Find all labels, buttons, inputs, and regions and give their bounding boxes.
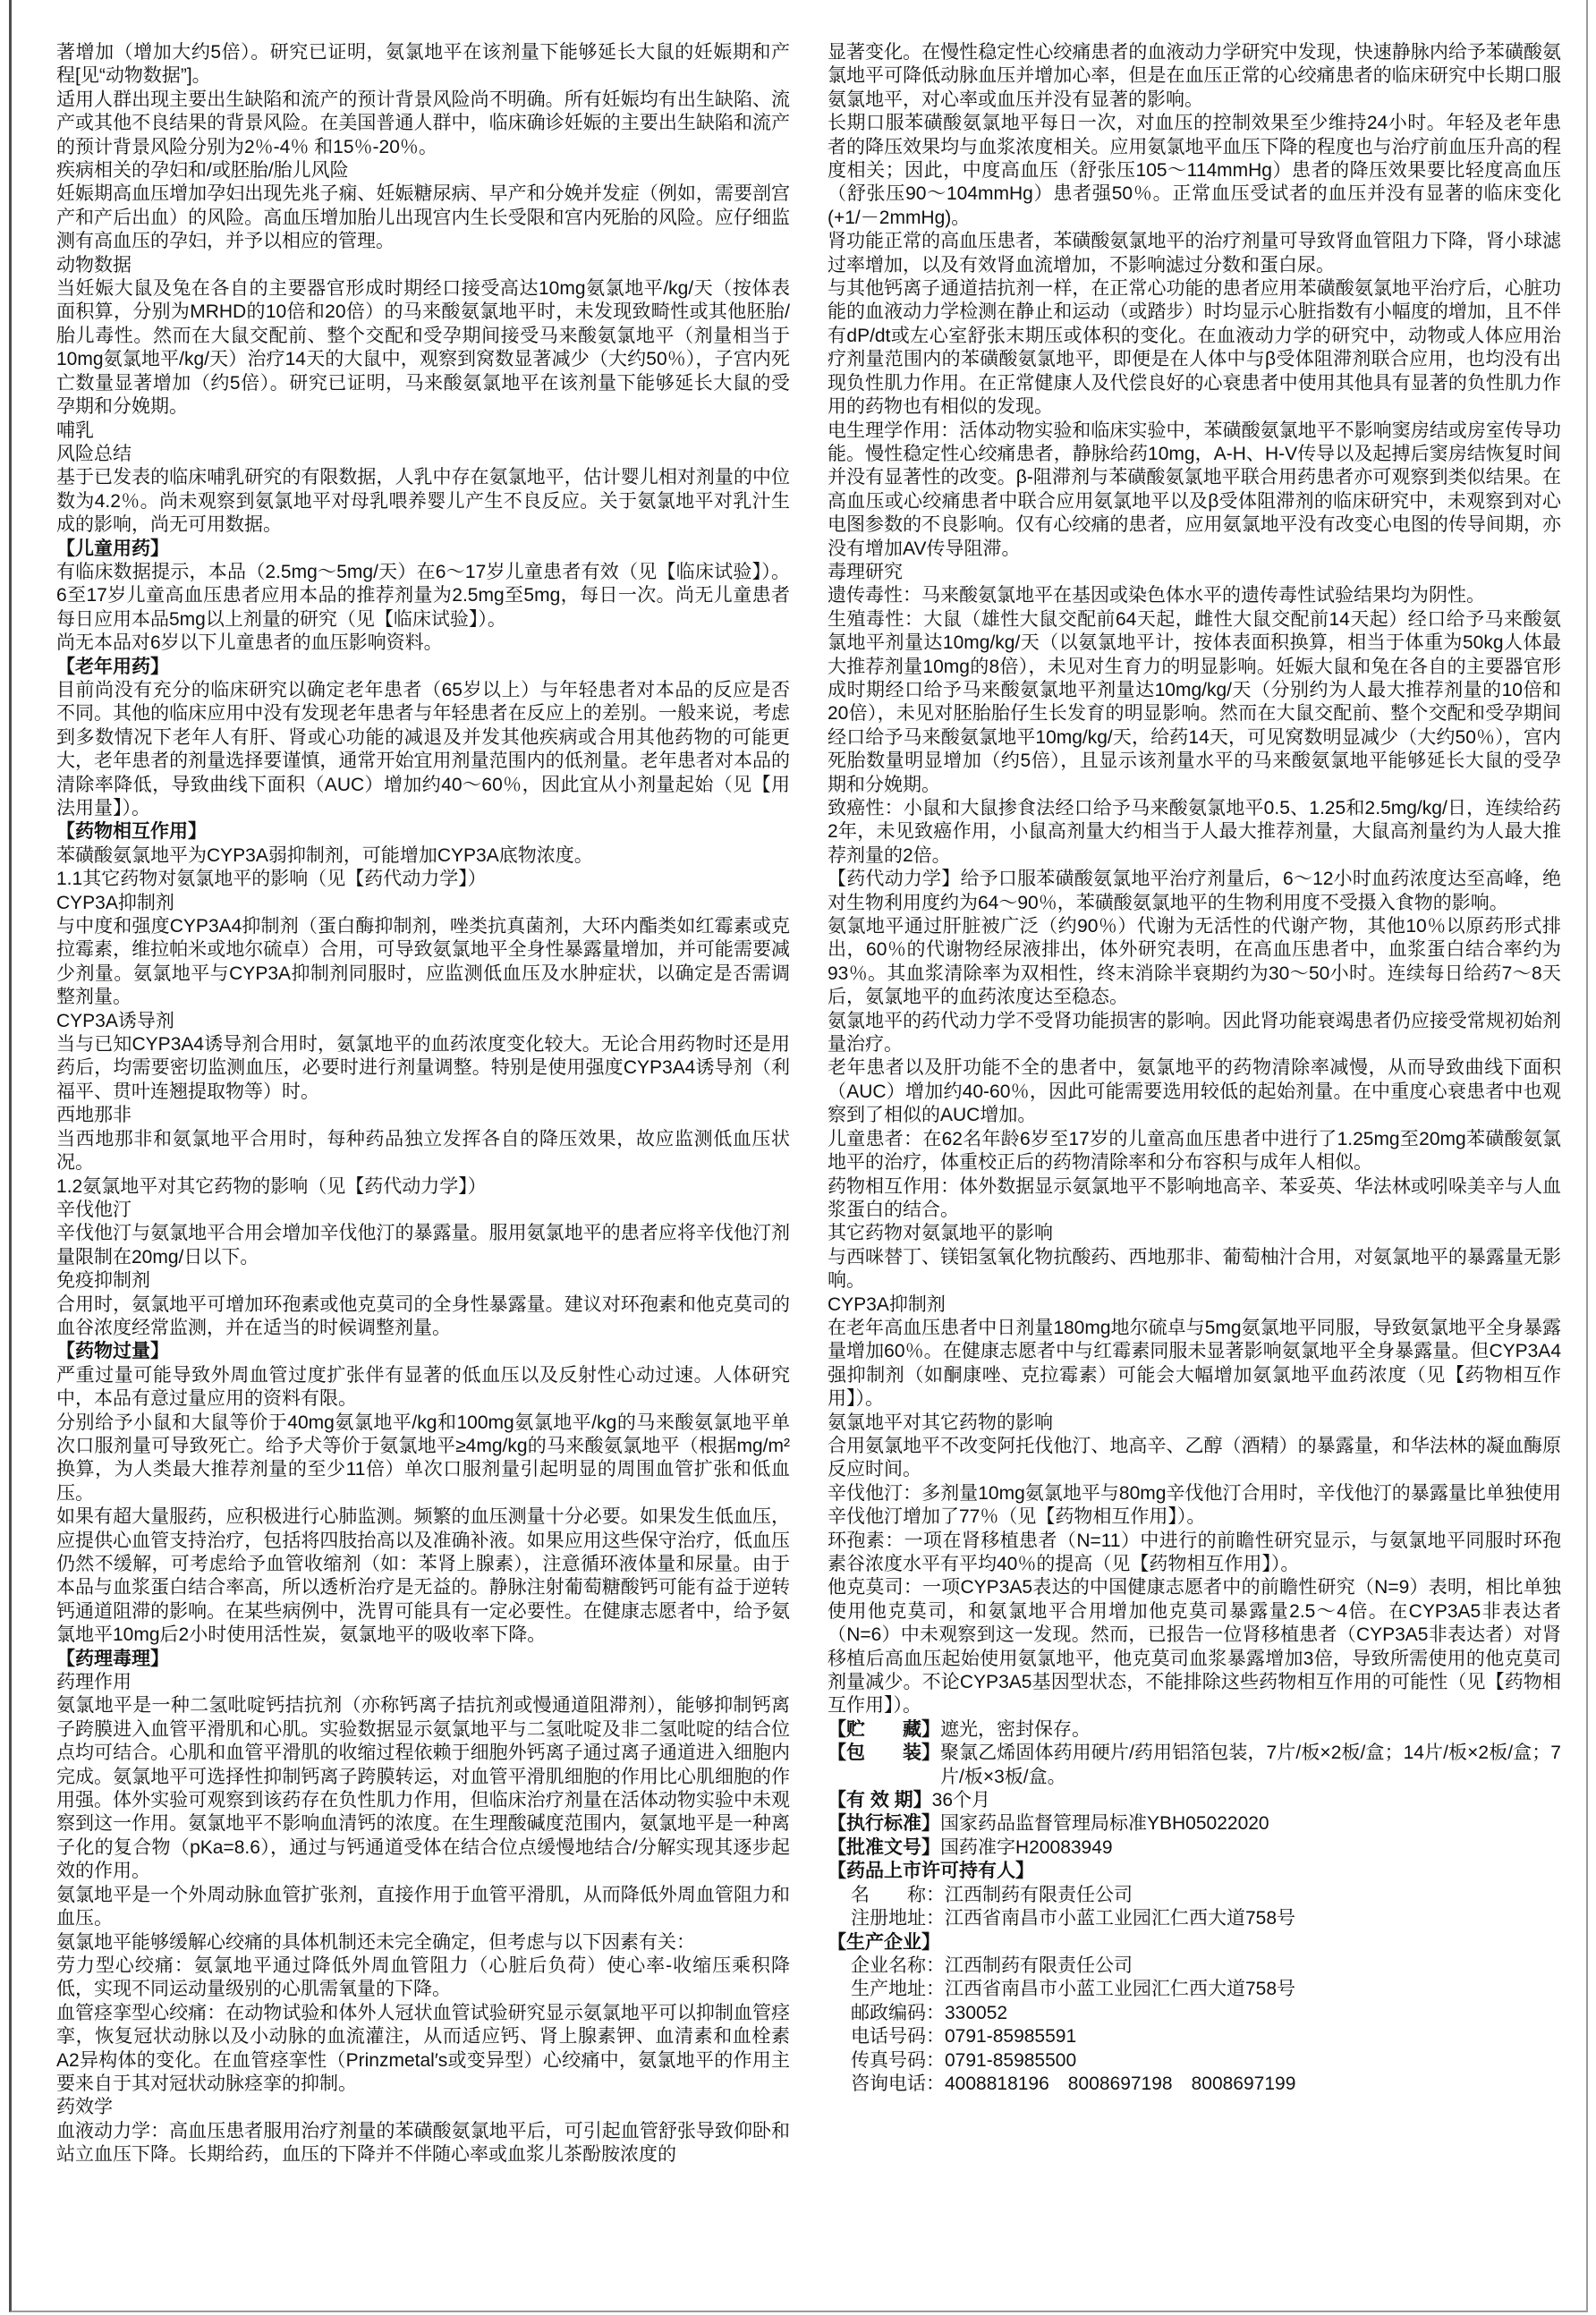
field-label: 名 称： — [851, 1884, 945, 1907]
paragraph: 尚无本品对6岁以下儿童患者的血压影响资料。 — [56, 632, 790, 655]
paragraph: 辛伐他汀与氨氯地平合用会增加辛伐他汀的暴露量。服用氨氯地平的患者应将辛伐他汀剂量… — [56, 1222, 790, 1269]
field-value: 江西制药有限责任公司 — [945, 1884, 1561, 1907]
paragraph: 与西咪替丁、镁铝氢氧化物抗酸药、西地那非、葡萄柚汁合用，对氨氯地平的暴露量无影响… — [828, 1246, 1561, 1293]
field-label: 生产地址： — [851, 1978, 945, 2001]
field-row: 【有 效 期】36个月 — [828, 1789, 1561, 1812]
paragraph: 与中度和强度CYP3A4抑制剂（蛋白酶抑制剂，唑类抗真菌剂，大环内酯类如红霉素或… — [56, 915, 790, 1010]
paragraph: 严重过量可能导致外周血管过度扩张伴有显著的低血压以及反射性心动过速。人体研究中，… — [56, 1364, 790, 1412]
sub-heading: 风险总结 — [56, 443, 790, 466]
field-value: 4008818196 8008697198 8008697199 — [945, 2073, 1561, 2096]
field-label: 【批准文号】 — [828, 1836, 940, 1860]
field-row-indented: 传真号码：0791-85985500 — [851, 2049, 1561, 2073]
paragraph: 在老年高血压患者中日剂量180mg地尔硫卓与5mg氨氯地平同服，导致氨氯地平全身… — [828, 1317, 1561, 1412]
field-row: 【执行标准】国家药品监督管理局标准YBH05022020 — [828, 1812, 1561, 1836]
paragraph: 氨氯地平能够缓解心绞痛的具体机制还未完全确定，但考虑与以下因素有关： — [56, 1931, 790, 1955]
field-row-indented: 电话号码：0791-85985591 — [851, 2025, 1561, 2048]
paragraph: 【药代动力学】给予口服苯磺酸氨氯地平治疗剂量后，6～12小时血药浓度达至高峰，绝… — [828, 868, 1561, 915]
section-heading: 【生产企业】 — [828, 1931, 1561, 1955]
field-row-indented: 名 称：江西制药有限责任公司 — [851, 1884, 1561, 1907]
field-row: 【包 装】聚氯乙烯固体药用硬片/药用铝箔包装，7片/板×2板/盒；14片/板×2… — [828, 1742, 1561, 1789]
sub-heading: 辛伐他汀 — [56, 1199, 790, 1222]
paragraph: 氨氯地平是一个外周动脉血管扩张剂，直接作用于血管平滑肌，从而降低外周血管阻力和血… — [56, 1884, 790, 1931]
paragraph: 血液动力学：高血压患者服用治疗剂量的苯磺酸氨氯地平后，可引起血管舒张导致仰卧和站… — [56, 2120, 790, 2167]
field-label: 邮政编码： — [851, 2002, 945, 2025]
field-label: 电话号码： — [851, 2025, 945, 2048]
paragraph: 有临床数据提示，本品（2.5mg～5mg/天）在6～17岁儿童患者有效（见【临床… — [56, 561, 790, 632]
sub-heading: CYP3A抑制剂 — [56, 892, 790, 915]
paragraph: 合用氨氯地平不改变阿托伐他汀、地高辛、乙醇（酒精）的暴露量，和华法林的凝血酶原反… — [828, 1435, 1561, 1482]
paragraph: 药物相互作用：体外数据显示氨氯地平不影响地高辛、苯妥英、华法林或吲哚美辛与人血浆… — [828, 1175, 1561, 1223]
paragraph: 当西地那非和氨氯地平合用时，每种药品独立发挥各自的降压效果，故应监测低血压状况。 — [56, 1128, 790, 1175]
sub-heading: 其它药物对氨氯地平的影响 — [828, 1222, 1561, 1245]
document-content: 著增加（增加大约5倍）。研究已证明，氨氯地平在该剂量下能够延长大鼠的妊娠期和产程… — [12, 0, 1586, 2167]
section-heading: 【老年用药】 — [56, 656, 790, 679]
sub-heading: 药效学 — [56, 2096, 790, 2119]
paragraph: 1.1其它药物对氨氯地平的影响（见【药代动力学】） — [56, 868, 790, 891]
sub-heading: 毒理研究 — [828, 561, 1561, 584]
paragraph: 苯磺酸氨氯地平为CYP3A弱抑制剂，可能增加CYP3A底物浓度。 — [56, 844, 790, 868]
paragraph: 辛伐他汀：多剂量10mg氨氯地平与80mg辛伐他汀合用时，辛伐他汀的暴露量比单独… — [828, 1482, 1561, 1530]
paragraph: 老年患者以及肝功能不全的患者中，氨氯地平的药物清除率减慢，从而导致曲线下面积（A… — [828, 1056, 1561, 1127]
paragraph: 1.2氨氯地平对其它药物的影响（见【药代动力学】） — [56, 1175, 790, 1199]
paragraph: 肾功能正常的高血压患者，苯磺酸氨氯地平的治疗剂量可导致肾血管阻力下降，肾小球滤过… — [828, 230, 1561, 277]
sub-heading: 疾病相关的孕妇和/或胚胎/胎儿风险 — [56, 159, 790, 182]
left-column: 著增加（增加大约5倍）。研究已证明，氨氯地平在该剂量下能够延长大鼠的妊娠期和产程… — [56, 41, 790, 2167]
right-column: 显著变化。在慢性稳定性心绞痛患者的血液动力学研究中发现，快速静脉内给予苯磺酸氨氯… — [828, 41, 1561, 2167]
paragraph: 长期口服苯磺酸氨氯地平每日一次，对血压的控制效果至少维持24小时。年轻及老年患者… — [828, 112, 1561, 230]
field-value: 遮光，密封保存。 — [940, 1718, 1561, 1742]
field-label: 【贮 藏】 — [828, 1718, 940, 1742]
field-value: 330052 — [945, 2002, 1561, 2025]
paragraph: 合用时，氨氯地平可增加环孢素或他克莫司的全身性暴露量。建议对环孢素和他克莫司的血… — [56, 1293, 790, 1341]
field-value: 0791-85985500 — [945, 2049, 1561, 2073]
paragraph: 氨氯地平的药代动力学不受肾功能损害的影响。因此肾功能衰竭患者仍应接受常规初始剂量… — [828, 1010, 1561, 1057]
field-row: 【贮 藏】遮光，密封保存。 — [828, 1718, 1561, 1742]
field-label: 【有 效 期】 — [828, 1789, 932, 1812]
paragraph: 适用人群出现主要出生缺陷和流产的预计背景风险尚不明确。所有妊娠均有出生缺陷、流产… — [56, 89, 790, 159]
sub-heading: 药理作用 — [56, 1671, 790, 1694]
section-heading: 【药物过量】 — [56, 1340, 790, 1363]
paragraph: 目前尚没有充分的临床研究以确定老年患者（65岁以上）与年轻患者对本品的反应是否不… — [56, 679, 790, 820]
field-value: 江西制药有限责任公司 — [945, 1955, 1561, 1978]
paragraph: 与其他钙离子通道拮抗剂一样，在正常心功能的患者应用苯磺酸氨氯地平治疗后，心脏功能… — [828, 277, 1561, 419]
field-row-indented: 生产地址：江西省南昌市小蓝工业园汇仁西大道758号 — [851, 1978, 1561, 2001]
field-value: 国家药品监督管理局标准YBH05022020 — [940, 1812, 1561, 1836]
section-heading: 【药理毒理】 — [56, 1648, 790, 1671]
field-row-indented: 企业名称：江西制药有限责任公司 — [851, 1955, 1561, 1978]
paragraph: 儿童患者：在62名年龄6岁至17岁的儿童高血压患者中进行了1.25mg至20mg… — [828, 1128, 1561, 1175]
paragraph: 电生理学作用：活体动物实验和临床实验中，苯磺酸氨氯地平不影响窦房结或房室传导功能… — [828, 420, 1561, 561]
field-value: 江西省南昌市小蓝工业园汇仁西大道758号 — [945, 1978, 1561, 2001]
sub-heading: CYP3A诱导剂 — [56, 1010, 790, 1033]
field-label: 传真号码： — [851, 2049, 945, 2073]
paragraph: 基于已发表的临床哺乳研究的有限数据，人乳中存在氨氯地平，估计婴儿相对剂量的中位数… — [56, 466, 790, 537]
field-row-indented: 邮政编码：330052 — [851, 2002, 1561, 2025]
paragraph: 当妊娠大鼠及兔在各自的主要器官形成时期经口接受高达10mg氨氯地平/kg/天（按… — [56, 277, 790, 419]
field-value: 36个月 — [932, 1789, 1561, 1812]
paragraph: 生殖毒性：大鼠（雄性大鼠交配前64天起，雌性大鼠交配前14天起）经口给予马来酸氨… — [828, 608, 1561, 797]
paragraph: 当与已知CYP3A4诱导剂合用时，氨氯地平的血药浓度变化较大。无论合用药物时还是… — [56, 1033, 790, 1104]
paragraph: 著增加（增加大约5倍）。研究已证明，氨氯地平在该剂量下能够延长大鼠的妊娠期和产程… — [56, 41, 790, 89]
field-row: 【批准文号】国药准字H20083949 — [828, 1836, 1561, 1860]
paragraph: 致癌性：小鼠和大鼠掺食法经口给予马来酸氨氯地平0.5、1.25和2.5mg/kg… — [828, 797, 1561, 868]
field-label: 注册地址： — [851, 1907, 945, 1930]
field-value: 国药准字H20083949 — [940, 1836, 1561, 1860]
section-heading: 【药品上市许可持有人】 — [828, 1860, 1561, 1883]
paragraph: 分别给予小鼠和大鼠等价于40mg氨氯地平/kg和100mg氨氯地平/kg的马来酸… — [56, 1412, 790, 1506]
paragraph: 血管痉挛型心绞痛：在动物试验和体外人冠状血管试验研究显示氨氯地平可以抑制血管痉挛… — [56, 2002, 790, 2097]
sub-heading: 氨氯地平对其它药物的影响 — [828, 1412, 1561, 1435]
field-value: 0791-85985591 — [945, 2025, 1561, 2048]
paragraph: 劳力型心绞痛：氨氯地平通过降低外周血管阻力（心脏后负荷）使心率-收缩压乘积降低，… — [56, 1955, 790, 2002]
field-value: 江西省南昌市小蓝工业园汇仁西大道758号 — [945, 1907, 1561, 1930]
section-heading: 【药物相互作用】 — [56, 820, 790, 844]
field-value: 聚氯乙烯固体药用硬片/药用铝箔包装，7片/板×2板/盒；14片/板×2板/盒；7… — [940, 1742, 1561, 1789]
field-label: 【包 装】 — [828, 1742, 940, 1789]
sub-heading: 免疫抑制剂 — [56, 1269, 790, 1293]
paragraph: 如果有超大量服药，应积极进行心肺监测。频繁的血压测量十分必要。如果发生低血压，应… — [56, 1505, 790, 1647]
paragraph: 氨氯地平是一种二氢吡啶钙拮抗剂（亦称钙离子拮抗剂或慢通道阻滞剂），能够抑制钙离子… — [56, 1694, 790, 1883]
sub-heading: 哺乳 — [56, 420, 790, 443]
paragraph: 氨氯地平通过肝脏被广泛（约90％）代谢为无活性的代谢产物，其他10％以原药形式排… — [828, 915, 1561, 1010]
field-label: 企业名称： — [851, 1955, 945, 1978]
section-heading: 【儿童用药】 — [56, 538, 790, 561]
paragraph: 他克莫司：一项CYP3A5表达的中国健康志愿者中的前瞻性研究（N=9）表明，相比… — [828, 1576, 1561, 1717]
paragraph: 遗传毒性：马来酸氨氯地平在基因或染色体水平的遗传毒性试验结果均为阴性。 — [828, 584, 1561, 607]
field-row-indented: 注册地址：江西省南昌市小蓝工业园汇仁西大道758号 — [851, 1907, 1561, 1930]
paragraph: 妊娠期高血压增加孕妇出现先兆子痫、妊娠糖尿病、早产和分娩并发症（例如，需要剖宫产… — [56, 182, 790, 253]
document-sheet: 著增加（增加大约5倍）。研究已证明，氨氯地平在该剂量下能够延长大鼠的妊娠期和产程… — [9, 0, 1588, 2312]
sub-heading: CYP3A抑制剂 — [828, 1293, 1561, 1317]
field-label: 【执行标准】 — [828, 1812, 940, 1836]
sub-heading: 动物数据 — [56, 254, 790, 277]
field-label: 咨询电话： — [851, 2073, 945, 2096]
sub-heading: 西地那非 — [56, 1104, 790, 1127]
field-row-indented: 咨询电话：4008818196 8008697198 8008697199 — [851, 2073, 1561, 2096]
paragraph: 环孢素：一项在肾移植患者（N=11）中进行的前瞻性研究显示，与氨氯地平同服时环孢… — [828, 1530, 1561, 1577]
paragraph: 显著变化。在慢性稳定性心绞痛患者的血液动力学研究中发现，快速静脉内给予苯磺酸氨氯… — [828, 41, 1561, 112]
